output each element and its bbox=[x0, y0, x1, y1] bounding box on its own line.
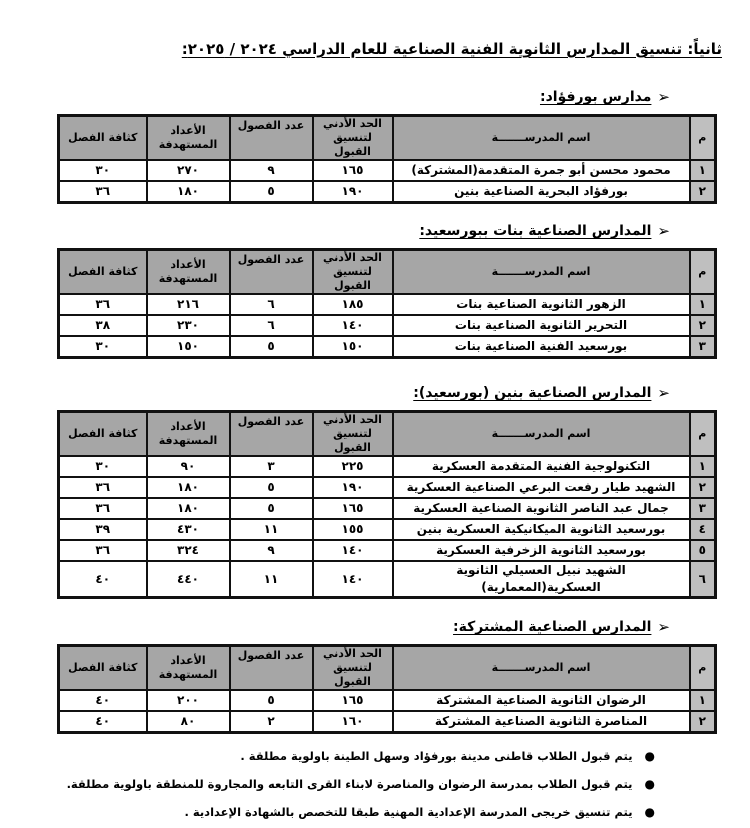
table-row: ١ الزهور الثانوية الصناعية بنات ١٨٥ ٦ ٢١… bbox=[59, 294, 716, 315]
header-school-name: اسم المدرســـــــة bbox=[393, 412, 690, 457]
school-name: بورسعيد الثانوية الميكانيكية العسكرية بن… bbox=[393, 519, 690, 540]
row-num: ٢ bbox=[690, 477, 716, 498]
classes: ٩ bbox=[230, 540, 313, 561]
school-name: بورفؤاد البحرية الصناعية بنين bbox=[393, 181, 690, 203]
table-row: ٥ بورسعيد الثانوية الزخرفية العسكرية ١٤٠… bbox=[59, 540, 716, 561]
bullet-icon: ● bbox=[645, 749, 655, 763]
density: ٣٦ bbox=[59, 540, 147, 561]
target: ٢١٦ bbox=[147, 294, 230, 315]
header-target: الأعداد المستهدفة bbox=[147, 646, 230, 691]
table-girls: م اسم المدرســـــــة الحد الأدني لتنسيق … bbox=[57, 248, 717, 359]
header-target: الأعداد المستهدفة bbox=[147, 250, 230, 295]
density: ٣٨ bbox=[59, 315, 147, 336]
header-num: م bbox=[690, 646, 716, 691]
section-title-portfouad: ➢ مدارس بورفؤاد: bbox=[540, 88, 670, 106]
header-min-score: الحد الأدني لتنسيق القبول bbox=[313, 412, 393, 457]
classes: ٥ bbox=[230, 690, 313, 711]
density: ٣٦ bbox=[59, 498, 147, 519]
school-name: المناصرة الثانوية الصناعية المشتركة bbox=[393, 711, 690, 733]
header-density: كثافة الفصل bbox=[59, 116, 147, 161]
header-classes: عدد الفصول bbox=[230, 116, 313, 161]
school-name: بورسعيد الفنية الصناعية بنات bbox=[393, 336, 690, 358]
table-row: ٢ الشهيد طيار رفعت البرعي الصناعية العسك… bbox=[59, 477, 716, 498]
classes: ٥ bbox=[230, 477, 313, 498]
classes: ١١ bbox=[230, 561, 313, 598]
row-num: ١ bbox=[690, 690, 716, 711]
section-title-text: المدارس الصناعية بنين (بورسعيد): bbox=[413, 385, 651, 401]
min-score: ١٨٥ bbox=[313, 294, 393, 315]
min-score: ٢٢٥ bbox=[313, 456, 393, 477]
min-score: ١٩٠ bbox=[313, 181, 393, 203]
target: ١٨٠ bbox=[147, 477, 230, 498]
section-title-boys: ➢ المدارس الصناعية بنين (بورسعيد): bbox=[413, 384, 670, 402]
section-title-girls: ➢ المدارس الصناعية بنات ببورسعيد: bbox=[419, 222, 670, 240]
target: ٢٣٠ bbox=[147, 315, 230, 336]
arrow-icon: ➢ bbox=[657, 88, 670, 106]
density: ٣٠ bbox=[59, 456, 147, 477]
target: ٢٠٠ bbox=[147, 690, 230, 711]
main-title: ثانياً: تنسيق المدارس الثانوية الفنية ال… bbox=[182, 40, 722, 58]
classes: ٥ bbox=[230, 336, 313, 358]
header-target: الأعداد المستهدفة bbox=[147, 412, 230, 457]
school-name: الشهيد طيار رفعت البرعي الصناعية العسكري… bbox=[393, 477, 690, 498]
section-title-text: المدارس الصناعية المشتركة: bbox=[453, 619, 651, 635]
target: ١٨٠ bbox=[147, 498, 230, 519]
header-min-score: الحد الأدني لتنسيق القبول bbox=[313, 116, 393, 161]
table-row: ٦ الشهيد نبيل العسيلي الثانوية العسكرية(… bbox=[59, 561, 716, 598]
min-score: ١٦٥ bbox=[313, 498, 393, 519]
row-num: ١ bbox=[690, 294, 716, 315]
table-boys: م اسم المدرســـــــة الحد الأدني لتنسيق … bbox=[57, 410, 717, 599]
target: ١٨٠ bbox=[147, 181, 230, 203]
note-text: يتم قبول الطلاب بمدرسة الرضوان والمناصرة… bbox=[67, 777, 633, 791]
header-density: كثافة الفصل bbox=[59, 412, 147, 457]
school-name: الشهيد نبيل العسيلي الثانوية العسكرية(ال… bbox=[393, 561, 690, 598]
target: ١٥٠ bbox=[147, 336, 230, 358]
arrow-icon: ➢ bbox=[657, 618, 670, 636]
header-target: الأعداد المستهدفة bbox=[147, 116, 230, 161]
school-name: بورسعيد الثانوية الزخرفية العسكرية bbox=[393, 540, 690, 561]
target: ٣٢٤ bbox=[147, 540, 230, 561]
note-item: ● يتم تنسيق خريجى المدرسة الإعدادية المه… bbox=[67, 798, 655, 826]
school-name: التكنولوجية الفنية المتقدمة العسكرية bbox=[393, 456, 690, 477]
school-name: محمود محسن أبو جمرة المتقدمة(المشتركة) bbox=[393, 160, 690, 181]
row-num: ١ bbox=[690, 456, 716, 477]
classes: ٦ bbox=[230, 315, 313, 336]
table-row: ٢ التحرير الثانوية الصناعية بنات ١٤٠ ٦ ٢… bbox=[59, 315, 716, 336]
classes: ٩ bbox=[230, 160, 313, 181]
target: ٤٤٠ bbox=[147, 561, 230, 598]
classes: ١١ bbox=[230, 519, 313, 540]
table-header-row: م اسم المدرســـــــة الحد الأدني لتنسيق … bbox=[59, 646, 716, 691]
density: ٣٦ bbox=[59, 294, 147, 315]
min-score: ١٤٠ bbox=[313, 315, 393, 336]
bullet-icon: ● bbox=[645, 777, 655, 791]
min-score: ١٤٠ bbox=[313, 561, 393, 598]
table-row: ٣ بورسعيد الفنية الصناعية بنات ١٥٠ ٥ ١٥٠… bbox=[59, 336, 716, 358]
row-num: ٢ bbox=[690, 315, 716, 336]
min-score: ١٦٥ bbox=[313, 160, 393, 181]
header-min-score: الحد الأدني لتنسيق القبول bbox=[313, 250, 393, 295]
header-num: م bbox=[690, 116, 716, 161]
classes: ٢ bbox=[230, 711, 313, 733]
header-school-name: اسم المدرســـــــة bbox=[393, 250, 690, 295]
arrow-icon: ➢ bbox=[657, 222, 670, 240]
target: ٨٠ bbox=[147, 711, 230, 733]
notes-list: ● يتم قبول الطلاب قاطنى مدينة بورفؤاد وس… bbox=[67, 742, 655, 826]
target: ٢٧٠ bbox=[147, 160, 230, 181]
classes: ٦ bbox=[230, 294, 313, 315]
density: ٤٠ bbox=[59, 690, 147, 711]
min-score: ١٦٠ bbox=[313, 711, 393, 733]
school-name: التحرير الثانوية الصناعية بنات bbox=[393, 315, 690, 336]
target: ٩٠ bbox=[147, 456, 230, 477]
classes: ٥ bbox=[230, 498, 313, 519]
header-school-name: اسم المدرســـــــة bbox=[393, 646, 690, 691]
header-school-name: اسم المدرســـــــة bbox=[393, 116, 690, 161]
row-num: ٦ bbox=[690, 561, 716, 598]
row-num: ١ bbox=[690, 160, 716, 181]
header-classes: عدد الفصول bbox=[230, 412, 313, 457]
density: ٣٠ bbox=[59, 160, 147, 181]
arrow-icon: ➢ bbox=[657, 384, 670, 402]
min-score: ١٩٠ bbox=[313, 477, 393, 498]
section-title-mixed: ➢ المدارس الصناعية المشتركة: bbox=[453, 618, 670, 636]
header-min-score: الحد الأدني لتنسيق القبول bbox=[313, 646, 393, 691]
table-row: ٢ المناصرة الثانوية الصناعية المشتركة ١٦… bbox=[59, 711, 716, 733]
section-title-text: المدارس الصناعية بنات ببورسعيد: bbox=[419, 223, 651, 239]
header-classes: عدد الفصول bbox=[230, 646, 313, 691]
table-header-row: م اسم المدرســـــــة الحد الأدني لتنسيق … bbox=[59, 250, 716, 295]
table-row: ١ محمود محسن أبو جمرة المتقدمة(المشتركة)… bbox=[59, 160, 716, 181]
row-num: ٤ bbox=[690, 519, 716, 540]
density: ٣٦ bbox=[59, 181, 147, 203]
table-row: ٣ جمال عبد الناصر الثانوية الصناعية العس… bbox=[59, 498, 716, 519]
school-name: الرضوان الثانوية الصناعية المشتركة bbox=[393, 690, 690, 711]
table-row: ٢ بورفؤاد البحرية الصناعية بنين ١٩٠ ٥ ١٨… bbox=[59, 181, 716, 203]
row-num: ٢ bbox=[690, 181, 716, 203]
section-title-text: مدارس بورفؤاد: bbox=[540, 89, 651, 105]
row-num: ٥ bbox=[690, 540, 716, 561]
target: ٤٣٠ bbox=[147, 519, 230, 540]
bullet-icon: ● bbox=[645, 805, 655, 819]
row-num: ٣ bbox=[690, 498, 716, 519]
header-num: م bbox=[690, 250, 716, 295]
table-header-row: م اسم المدرســـــــة الحد الأدني لتنسيق … bbox=[59, 412, 716, 457]
header-num: م bbox=[690, 412, 716, 457]
min-score: ١٥٥ bbox=[313, 519, 393, 540]
classes: ٥ bbox=[230, 181, 313, 203]
table-row: ١ التكنولوجية الفنية المتقدمة العسكرية ٢… bbox=[59, 456, 716, 477]
min-score: ١٥٠ bbox=[313, 336, 393, 358]
classes: ٣ bbox=[230, 456, 313, 477]
note-item: ● يتم قبول الطلاب بمدرسة الرضوان والمناص… bbox=[67, 770, 655, 798]
header-density: كثافة الفصل bbox=[59, 250, 147, 295]
table-mixed: م اسم المدرســـــــة الحد الأدني لتنسيق … bbox=[57, 644, 717, 734]
min-score: ١٤٠ bbox=[313, 540, 393, 561]
density: ٣٠ bbox=[59, 336, 147, 358]
header-classes: عدد الفصول bbox=[230, 250, 313, 295]
row-num: ٣ bbox=[690, 336, 716, 358]
table-portfouad: م اسم المدرســـــــة الحد الأدني لتنسيق … bbox=[57, 114, 717, 204]
density: ٤٠ bbox=[59, 561, 147, 598]
row-num: ٢ bbox=[690, 711, 716, 733]
note-text: يتم تنسيق خريجى المدرسة الإعدادية المهني… bbox=[185, 805, 633, 819]
density: ٣٩ bbox=[59, 519, 147, 540]
table-row: ٤ بورسعيد الثانوية الميكانيكية العسكرية … bbox=[59, 519, 716, 540]
note-text: يتم قبول الطلاب قاطنى مدينة بورفؤاد وسهل… bbox=[240, 749, 632, 763]
min-score: ١٦٥ bbox=[313, 690, 393, 711]
header-density: كثافة الفصل bbox=[59, 646, 147, 691]
note-item: ● يتم قبول الطلاب قاطنى مدينة بورفؤاد وس… bbox=[67, 742, 655, 770]
table-row: ١ الرضوان الثانوية الصناعية المشتركة ١٦٥… bbox=[59, 690, 716, 711]
density: ٤٠ bbox=[59, 711, 147, 733]
school-name: جمال عبد الناصر الثانوية الصناعية العسكر… bbox=[393, 498, 690, 519]
density: ٣٦ bbox=[59, 477, 147, 498]
school-name: الزهور الثانوية الصناعية بنات bbox=[393, 294, 690, 315]
table-header-row: م اسم المدرســـــــة الحد الأدني لتنسيق … bbox=[59, 116, 716, 161]
